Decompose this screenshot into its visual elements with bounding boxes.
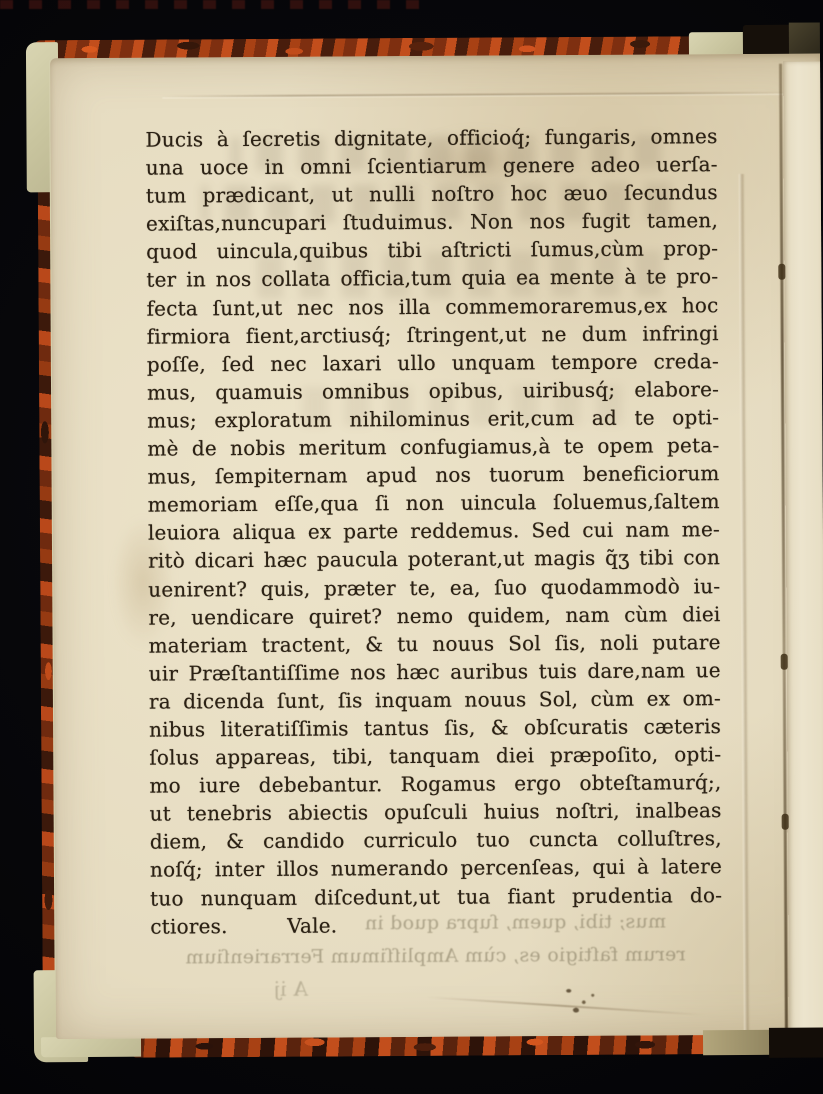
text-lines: Ducis à ſecretis dignitate, officioq́; f… [145,122,722,912]
cover-dark-top-right [743,25,795,57]
bleedthrough-line: rerum faſtigio es, cùm Ampliſſimum Ferra… [155,943,715,968]
text-line: memoriam eſſe,qua ſi non uincula ſoluemu… [148,487,720,519]
text-line: ſolus appareas, tibi, tanquam diei præpo… [149,740,721,772]
text-line: Ducis à ſecretis dignitate, officioq́; f… [145,122,717,154]
ink-blot [551,977,611,1023]
text-line: mo iure debebantur. Rogamus ergo obteſta… [149,768,721,800]
page: Ducis à ſecretis dignitate, officioq́; f… [50,53,823,1039]
text-line: poſſe, ſed nec laxari ullo unquam tempor… [147,347,719,379]
bleedthrough-signature-mark: A ij [246,976,336,1001]
text-line: fecta ſunt,ut nec nos illa commemoraremu… [146,291,718,323]
text-line: uenirent? quis, præter te, ea, ſuo quoda… [148,572,720,604]
paper-crease-top [162,92,802,98]
text-line: tuo nunquam diſcedunt,ut tua fiant prude… [150,881,722,913]
text-line: exiſtas,nuncupari ſtuduimus. Non nos fug… [146,206,718,238]
cover-tan-bottom-right [703,1030,773,1055]
bleedthrough-line: mus; tibi, quem, ſupra quod in [305,910,725,935]
facing-page-edge [783,61,823,1033]
cover-dark-bottom-right [769,1027,823,1057]
text-line: diem, & candido curriculo tuo cuncta col… [150,824,722,856]
binding-stitch [781,654,788,670]
binding-stitch [782,814,789,830]
text-line: ra dicenda ſunt, ſis inquam nouus Sol, c… [149,684,721,716]
text-line: re, uendicare quiret? nemo quidem, nam c… [148,600,720,632]
text-line: nibus literatiſſimis tantus ſis, & obſcu… [149,712,721,744]
text-line: mè de nobis meritum confugiamus,à te ope… [147,431,719,463]
text-line: mus, ſempiternam apud nos tuorum benefic… [147,459,719,491]
binding-stitch [778,264,785,280]
cover-corner-top-right [789,22,820,56]
text-line: uir Præſtantiſſime nos hæc auribus tuis … [149,656,721,688]
text-line: mus, quamuis omnibus opibus, uiribusq́; … [147,375,719,407]
text-line: una uoce in omni ſcientiarum genere adeo… [146,150,718,182]
text-line: ritò dicari hæc paucula poterant,ut magi… [148,544,720,576]
dedication-text: Ducis à ſecretis dignitate, officioq́; f… [145,122,722,940]
text-line: ut tenebris abiectis opuſculi huius noſt… [150,796,722,828]
text-line: materiam tractent, & tu nouus Sol ſis, n… [149,628,721,660]
vellum-band-bottom [41,1037,141,1058]
book: Ducis à ſecretis dignitate, officioq́; f… [0,0,823,1094]
text-line: firmiora fient,arctiusq́; ſtringent,ut n… [147,319,719,351]
text-line: noſq́; inter illos numerando percenſeas,… [150,853,722,885]
last-word: ctiores. [150,914,227,938]
text-line: ter in nos collata officia,tum quia ea m… [146,263,718,295]
scanner-background: Ducis à ſecretis dignitate, officioq́; f… [0,0,823,1094]
text-line: quod uincula,quibus tibi aſtricti ſumus,… [146,234,718,266]
page-crease-vertical [739,174,750,1054]
text-line: tum prædicant, ut nulli noſtro hoc æuo ſ… [146,178,718,210]
text-line: mus; exploratum nihilominus erit,cum ad … [147,403,719,435]
text-line: leuiora aliqua ex parte reddemus. Sed cu… [148,515,720,547]
